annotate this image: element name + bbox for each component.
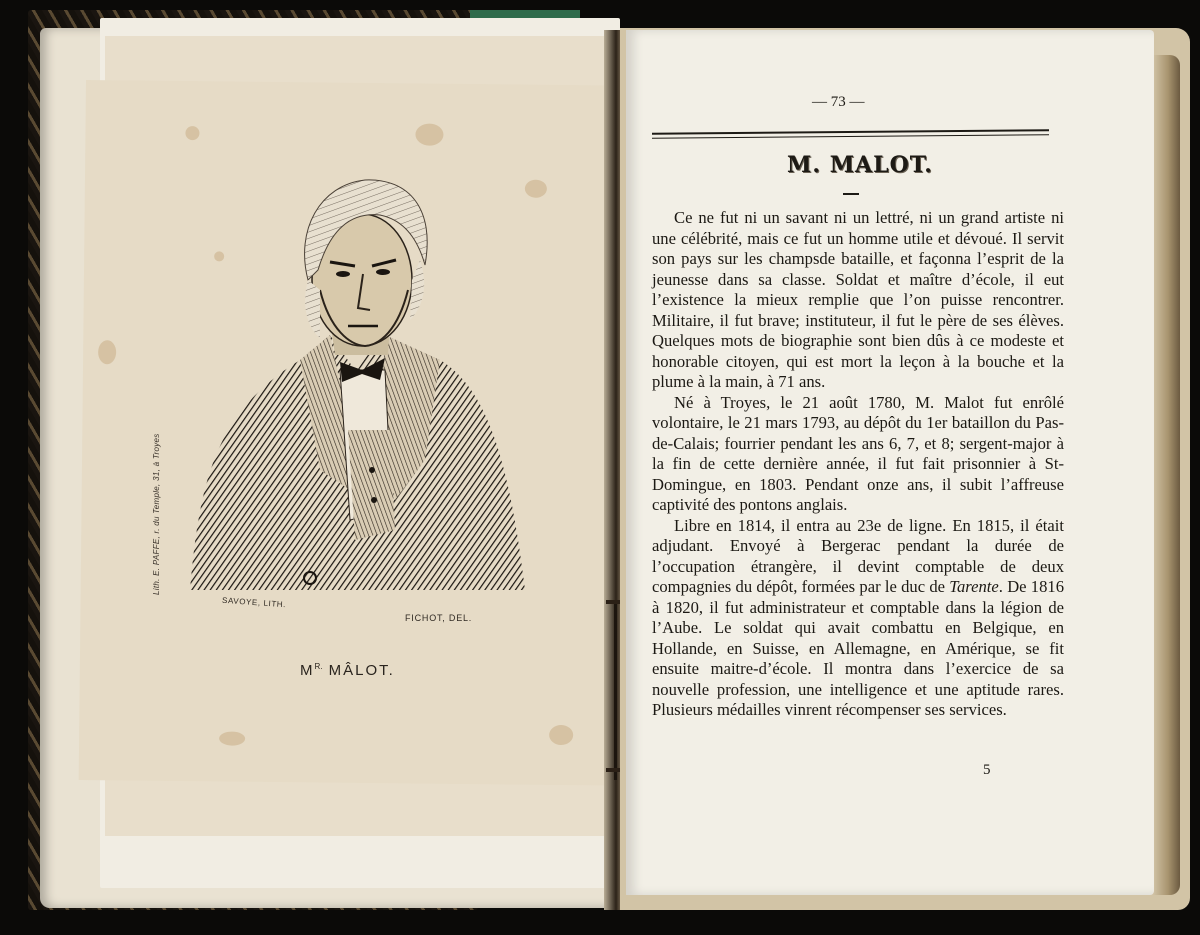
plate-caption-name: MÂLOT.	[329, 662, 395, 679]
artist-credit: FICHOT, DEL.	[405, 613, 472, 623]
plate-caption-sup: R.	[315, 662, 323, 671]
chapter-title: M. MALOT.	[640, 152, 1080, 178]
page-number: — 73 —	[812, 94, 865, 111]
portrait-illustration	[180, 170, 530, 610]
paragraph-3-italic: Tarente	[949, 577, 998, 596]
body-text: Ce ne fut ni un savant ni un lettré, ni …	[652, 208, 1064, 721]
signature-mark: 5	[983, 762, 991, 779]
page-edges	[1150, 55, 1180, 895]
binding-thread	[614, 600, 617, 780]
title-divider	[843, 193, 859, 195]
plate-caption: MR. MÂLOT.	[300, 662, 395, 679]
paragraph-3: Libre en 1814, il entra au 23e de ligne.…	[652, 516, 1064, 721]
printer-imprint: Lith. E. PAFFE, r. du Temple, 31, à Troy…	[152, 433, 161, 595]
paragraph-1: Ce ne fut ni un savant ni un lettré, ni …	[652, 208, 1064, 393]
plate-caption-prefix: M	[300, 662, 315, 679]
paragraph-3-end: . De 1816 à 1820, il fut administrateur …	[652, 577, 1064, 719]
paragraph-2: Né à Troyes, le 21 août 1780, M. Malot f…	[652, 393, 1064, 516]
